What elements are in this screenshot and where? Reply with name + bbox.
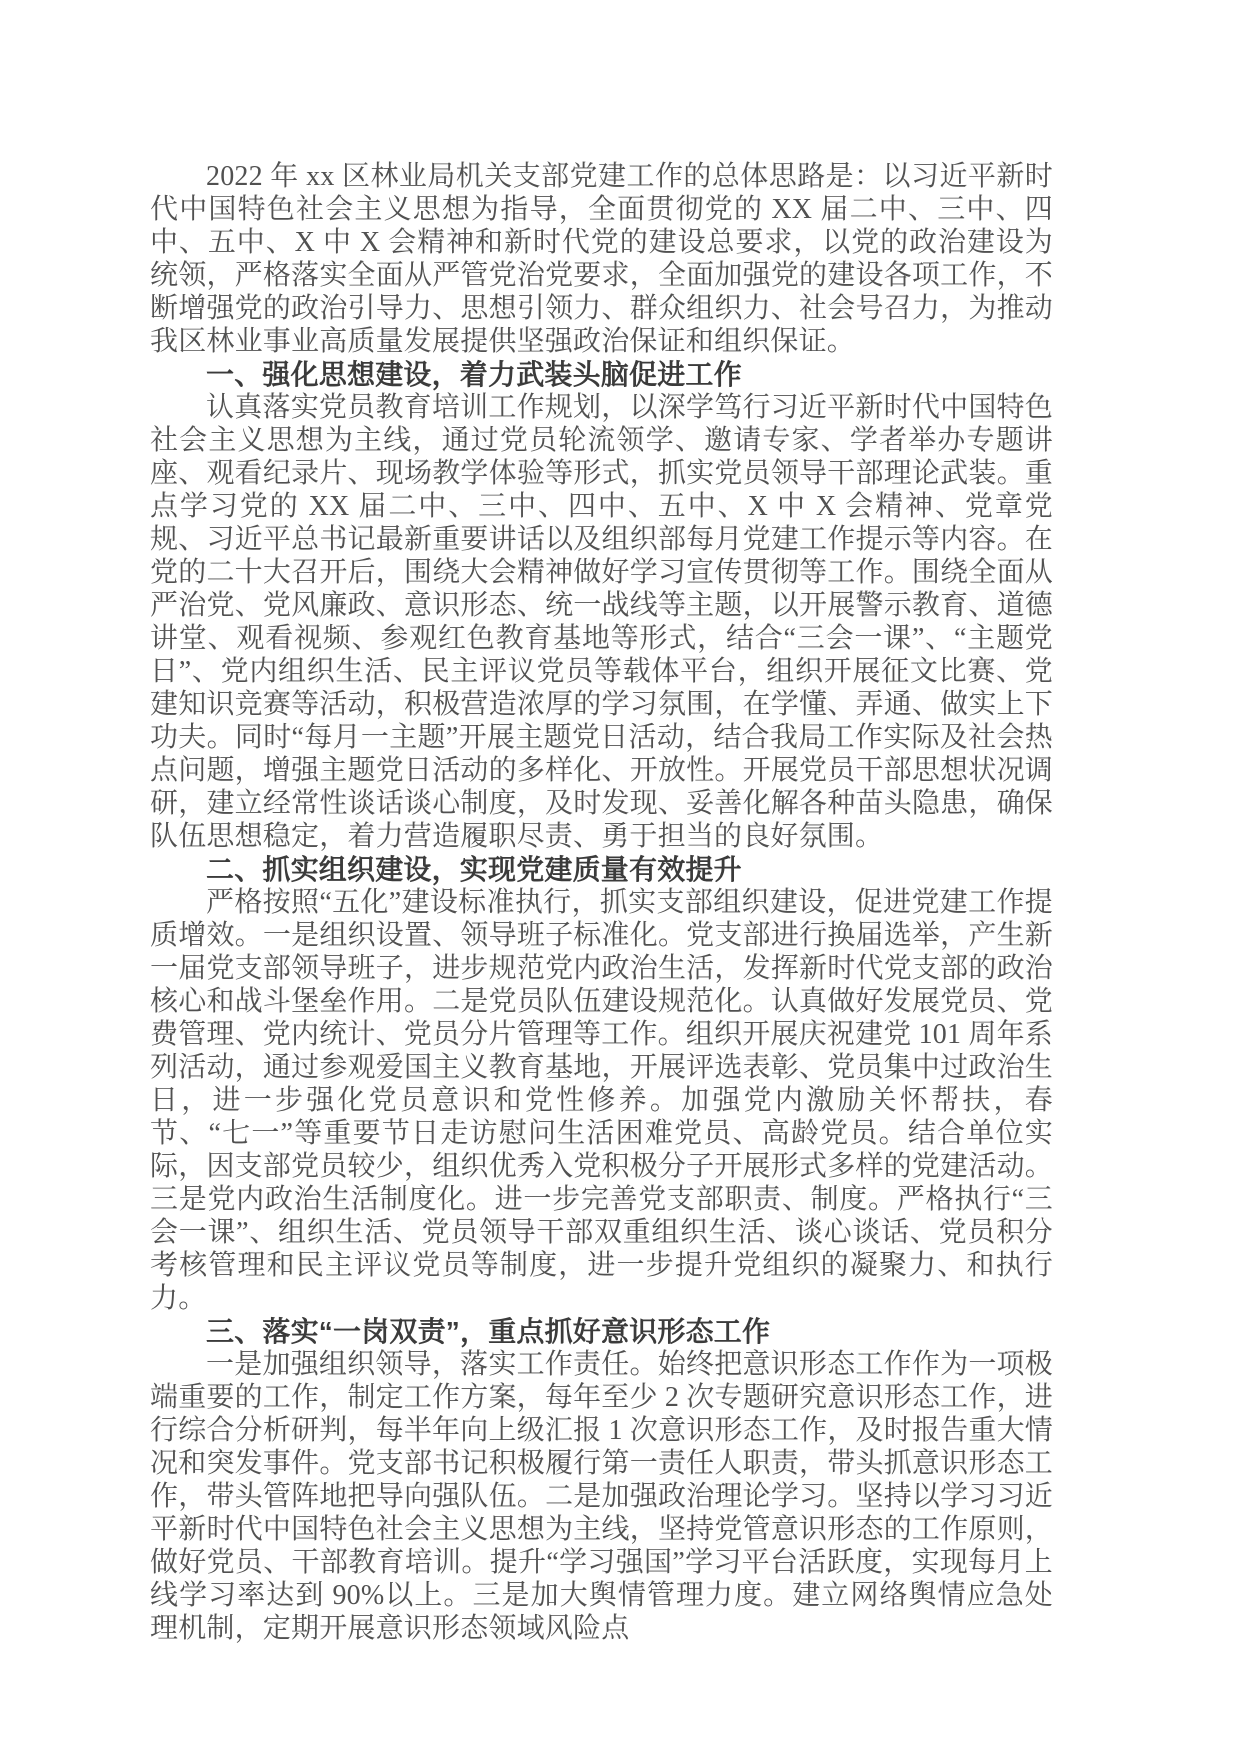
section-heading-1: 一、强化思想建设，着力武装头脑促进工作 bbox=[150, 358, 1053, 391]
section-body-2: 严格按照“五化”建设标准执行，抓实支部组织建设，促进党建工作提质增效。一是组织设… bbox=[150, 886, 1053, 1315]
document-page: 2022 年 xx 区林业局机关支部党建工作的总体思路是：以习近平新时代中国特色… bbox=[0, 0, 1240, 1754]
section-body-1: 认真落实党员教育培训工作规划，以深学笃行习近平新时代中国特色社会主义思想为主线，… bbox=[150, 391, 1053, 853]
document-text-block: 2022 年 xx 区林业局机关支部党建工作的总体思路是：以习近平新时代中国特色… bbox=[150, 160, 1053, 1645]
section-body-3: 一是加强组织领导，落实工作责任。始终把意识形态工作作为一项极端重要的工作，制定工… bbox=[150, 1348, 1053, 1645]
section-heading-2: 二、抓实组织建设，实现党建质量有效提升 bbox=[150, 853, 1053, 886]
intro-paragraph: 2022 年 xx 区林业局机关支部党建工作的总体思路是：以习近平新时代中国特色… bbox=[150, 160, 1053, 358]
section-heading-3: 三、落实“一岗双责”，重点抓好意识形态工作 bbox=[150, 1315, 1053, 1348]
